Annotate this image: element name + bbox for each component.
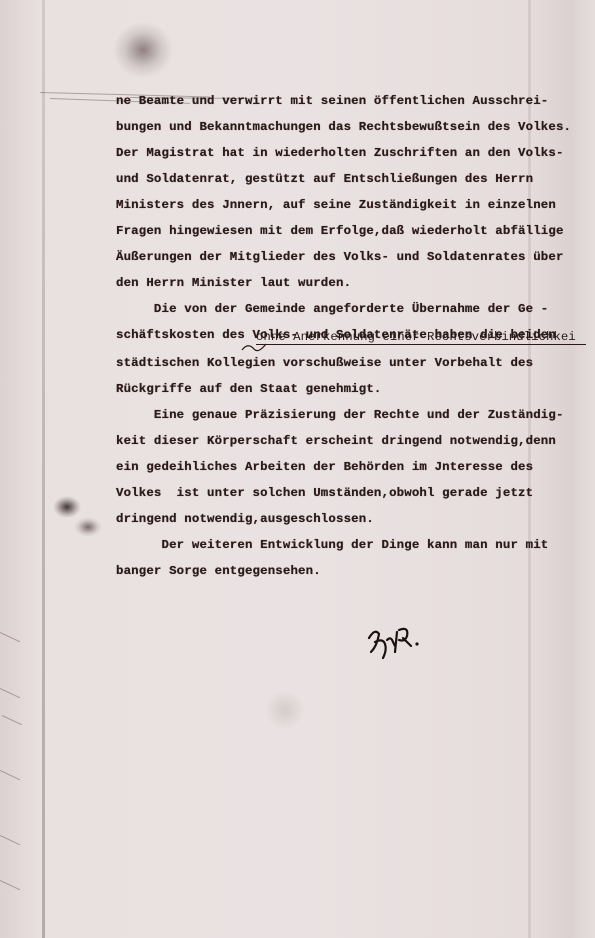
page-fold-shadow-left xyxy=(42,0,45,938)
text-line: bungen und Bekanntmachungen das Rechtsbe… xyxy=(116,120,571,134)
text-line: den Herrn Minister laut wurden. xyxy=(116,276,351,290)
text-line: und Soldatenrat, gestützt auf Entschließ… xyxy=(116,172,533,186)
text-line: städtischen Kollegien vorschußweise unte… xyxy=(116,356,533,370)
photocopy-scratch xyxy=(0,770,20,780)
document-page: ne Beamte und verwirrt mit seinen öffent… xyxy=(0,0,595,938)
text-line: ne Beamte und verwirrt mit seinen öffent… xyxy=(116,94,548,108)
text-line: dringend notwendig,ausgeschlossen. xyxy=(116,512,374,526)
text-line: Rückgriffe auf den Staat genehmigt. xyxy=(116,382,382,396)
text-line: ein gedeihliches Arbeiten der Behörden i… xyxy=(116,460,533,474)
photocopy-scratch xyxy=(2,715,22,725)
photocopy-scratch xyxy=(0,880,20,890)
photocopy-scratch xyxy=(0,632,20,642)
text-line: Fragen hingewiesen mit dem Erfolge,daß w… xyxy=(116,224,564,238)
inserted-text-annotation: ohne Anerkennung einer Rechtsverbindlich… xyxy=(256,330,586,345)
paragraph-start-line: Eine genaue Präzisierung der Rechte und … xyxy=(116,408,564,422)
text-line: Der Magistrat hat in wiederholten Zuschr… xyxy=(116,146,564,160)
paragraph-start-line: Der weiteren Entwicklung der Dinge kann … xyxy=(116,538,548,552)
text-line: Volkes ist unter solchen Umständen,obwoh… xyxy=(116,486,533,500)
paragraph-start-line: Die von der Gemeinde angeforderte Überna… xyxy=(116,302,548,316)
photocopy-scratch xyxy=(0,835,20,845)
insertion-caret-icon xyxy=(240,340,270,356)
photocopy-scratch xyxy=(0,688,20,698)
text-line: Äußerungen der Mitglieder des Volks- und… xyxy=(116,250,564,264)
signature-icon xyxy=(365,624,425,660)
text-line: keit dieser Körperschaft erscheint dring… xyxy=(116,434,556,448)
text-line: Ministers des Jnnern, auf seine Zuständi… xyxy=(116,198,556,212)
text-line: banger Sorge entgegensehen. xyxy=(116,564,321,578)
